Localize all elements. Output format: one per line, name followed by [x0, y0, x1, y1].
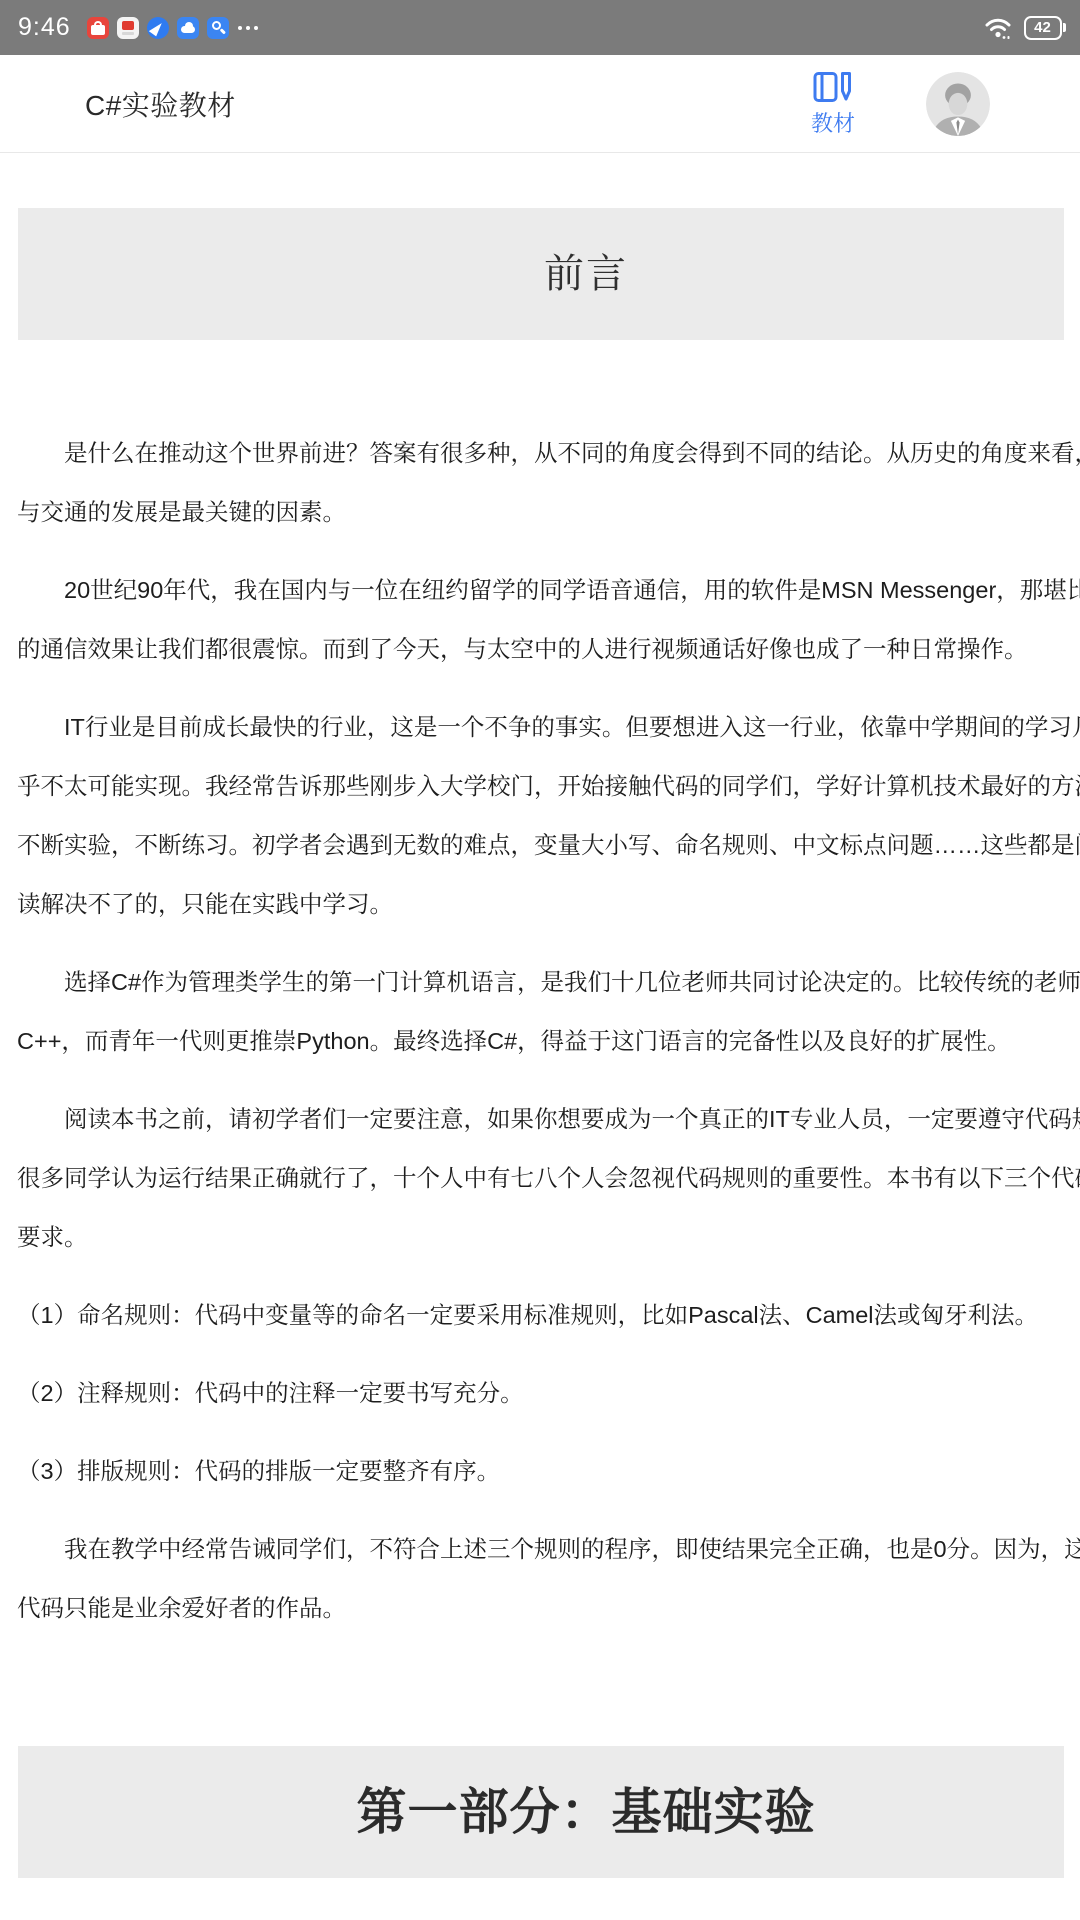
paragraph-line: IT行业是目前成长最快的行业，这是一个不争的事实。但要想进入这一行业，依靠中学期…	[17, 698, 1080, 757]
status-time: 9:46	[18, 13, 71, 42]
cloud-shape	[181, 26, 195, 33]
paragraph-line: 要求。	[17, 1208, 1080, 1267]
paragraph-line: 我在教学中经常告诫同学们，不符合上述三个规则的程序，即使结果完全正确，也是0分。…	[17, 1520, 1080, 1579]
app-header: C#实验教材 教材	[0, 55, 1080, 153]
status-right-cluster: 42	[984, 15, 1067, 41]
paragraph-line: 与交通的发展是最关键的因素。	[17, 483, 1080, 542]
notification-icons	[79, 17, 262, 39]
paragraph-line: （3）排版规则：代码的排版一定要整齐有序。	[17, 1442, 1080, 1501]
status-bar: 9:46 4	[0, 0, 1080, 55]
paragraph-line: 乎不太可能实现。我经常告诉那些刚步入大学校门，开始接触代码的同学们，学好计算机技…	[17, 757, 1080, 816]
paragraph-line: 的通信效果让我们都很震惊。而到了今天，与太空中的人进行视频通话好像也成了一种日常…	[17, 620, 1080, 679]
paragraph-line: 阅读本书之前，请初学者们一定要注意，如果你想要成为一个真正的IT专业人员，一定要…	[17, 1090, 1080, 1149]
paragraph-line: 读解决不了的，只能在实践中学习。	[17, 875, 1080, 934]
magnifier-handle	[220, 28, 226, 34]
page-title: C#实验教材	[85, 84, 236, 124]
paragraph-line: 不断实验，不断练习。初学者会遇到无数的难点，变量大小写、命名规则、中文标点问题……	[17, 816, 1080, 875]
paragraph: 阅读本书之前，请初学者们一定要注意，如果你想要成为一个真正的IT专业人员，一定要…	[17, 1090, 1080, 1267]
paragraph-line: 代码只能是业余爱好者的作品。	[17, 1579, 1080, 1638]
app-store-icon	[87, 17, 109, 39]
avatar[interactable]	[926, 72, 990, 136]
paragraph: （1）命名规则：代码中变量等的命名一定要采用标准规则，比如Pascal法、Cam…	[17, 1286, 1080, 1345]
paragraph: 是什么在推动这个世界前进？答案有很多种，从不同的角度会得到不同的结论。从历史的角…	[17, 424, 1080, 542]
wifi-icon	[984, 15, 1014, 41]
tab-textbook[interactable]: 教材	[811, 70, 855, 138]
paragraph: 我在教学中经常告诫同学们，不符合上述三个规则的程序，即使结果完全正确，也是0分。…	[17, 1520, 1080, 1638]
section-heading-band: 第一部分：基础实验	[18, 1746, 1064, 1878]
paragraph-line: C++，而青年一代则更推崇Python。最终选择C#，得益于这门语言的完备性以及…	[17, 1012, 1080, 1071]
paragraph: 20世纪90年代，我在国内与一位在纽约留学的同学语音通信，用的软件是MSN Me…	[17, 561, 1080, 679]
paragraph: 选择C#作为管理类学生的第一门计算机语言，是我们十几位老师共同讨论决定的。比较传…	[17, 953, 1080, 1071]
paragraph-line: 选择C#作为管理类学生的第一门计算机语言，是我们十几位老师共同讨论决定的。比较传…	[17, 953, 1080, 1012]
note-line-shape	[122, 32, 134, 35]
paragraph-line: （2）注释规则：代码中的注释一定要书写充分。	[17, 1364, 1080, 1423]
tab-textbook-label: 教材	[811, 107, 855, 138]
paragraph: （2）注释规则：代码中的注释一定要书写充分。	[17, 1364, 1080, 1423]
compass-needle	[148, 19, 163, 36]
section-title: 第一部分：基础实验	[18, 1746, 1080, 1878]
battery-percent: 42	[1034, 19, 1051, 36]
cloud-app-icon	[177, 17, 199, 39]
battery-icon: 42	[1024, 16, 1067, 40]
document-page: 前言 是什么在推动这个世界前进？答案有很多种，从不同的角度会得到不同的结论。从历…	[17, 153, 1080, 1878]
note-red-shape	[122, 21, 134, 30]
more-notifications-icon	[238, 26, 262, 30]
preface-paragraphs: 是什么在推动这个世界前进？答案有很多种，从不同的角度会得到不同的结论。从历史的角…	[17, 424, 1080, 1638]
search-app-icon	[207, 17, 229, 39]
magnifier-glass	[212, 21, 221, 30]
notes-app-icon	[117, 17, 139, 39]
preface-title: 前言	[18, 208, 1080, 340]
document-view[interactable]: 前言 是什么在推动这个世界前进？答案有很多种，从不同的角度会得到不同的结论。从历…	[0, 153, 1080, 1919]
paragraph: IT行业是目前成长最快的行业，这是一个不争的事实。但要想进入这一行业，依靠中学期…	[17, 698, 1080, 934]
browser-app-icon	[147, 17, 169, 39]
textbook-pen-icon	[813, 70, 853, 104]
paragraph-line: 很多同学认为运行结果正确就行了，十个人中有七八个人会忽视代码规则的重要性。本书有…	[17, 1149, 1080, 1208]
bag-body	[91, 25, 105, 35]
preface-heading-band: 前言	[18, 208, 1064, 340]
paragraph: （3）排版规则：代码的排版一定要整齐有序。	[17, 1442, 1080, 1501]
paragraph-line: 20世纪90年代，我在国内与一位在纽约留学的同学语音通信，用的软件是MSN Me…	[17, 561, 1080, 620]
battery-nub	[1063, 23, 1066, 32]
paragraph-line: （1）命名规则：代码中变量等的命名一定要采用标准规则，比如Pascal法、Cam…	[17, 1286, 1080, 1345]
paragraph-line: 是什么在推动这个世界前进？答案有很多种，从不同的角度会得到不同的结论。从历史的角…	[17, 424, 1080, 483]
